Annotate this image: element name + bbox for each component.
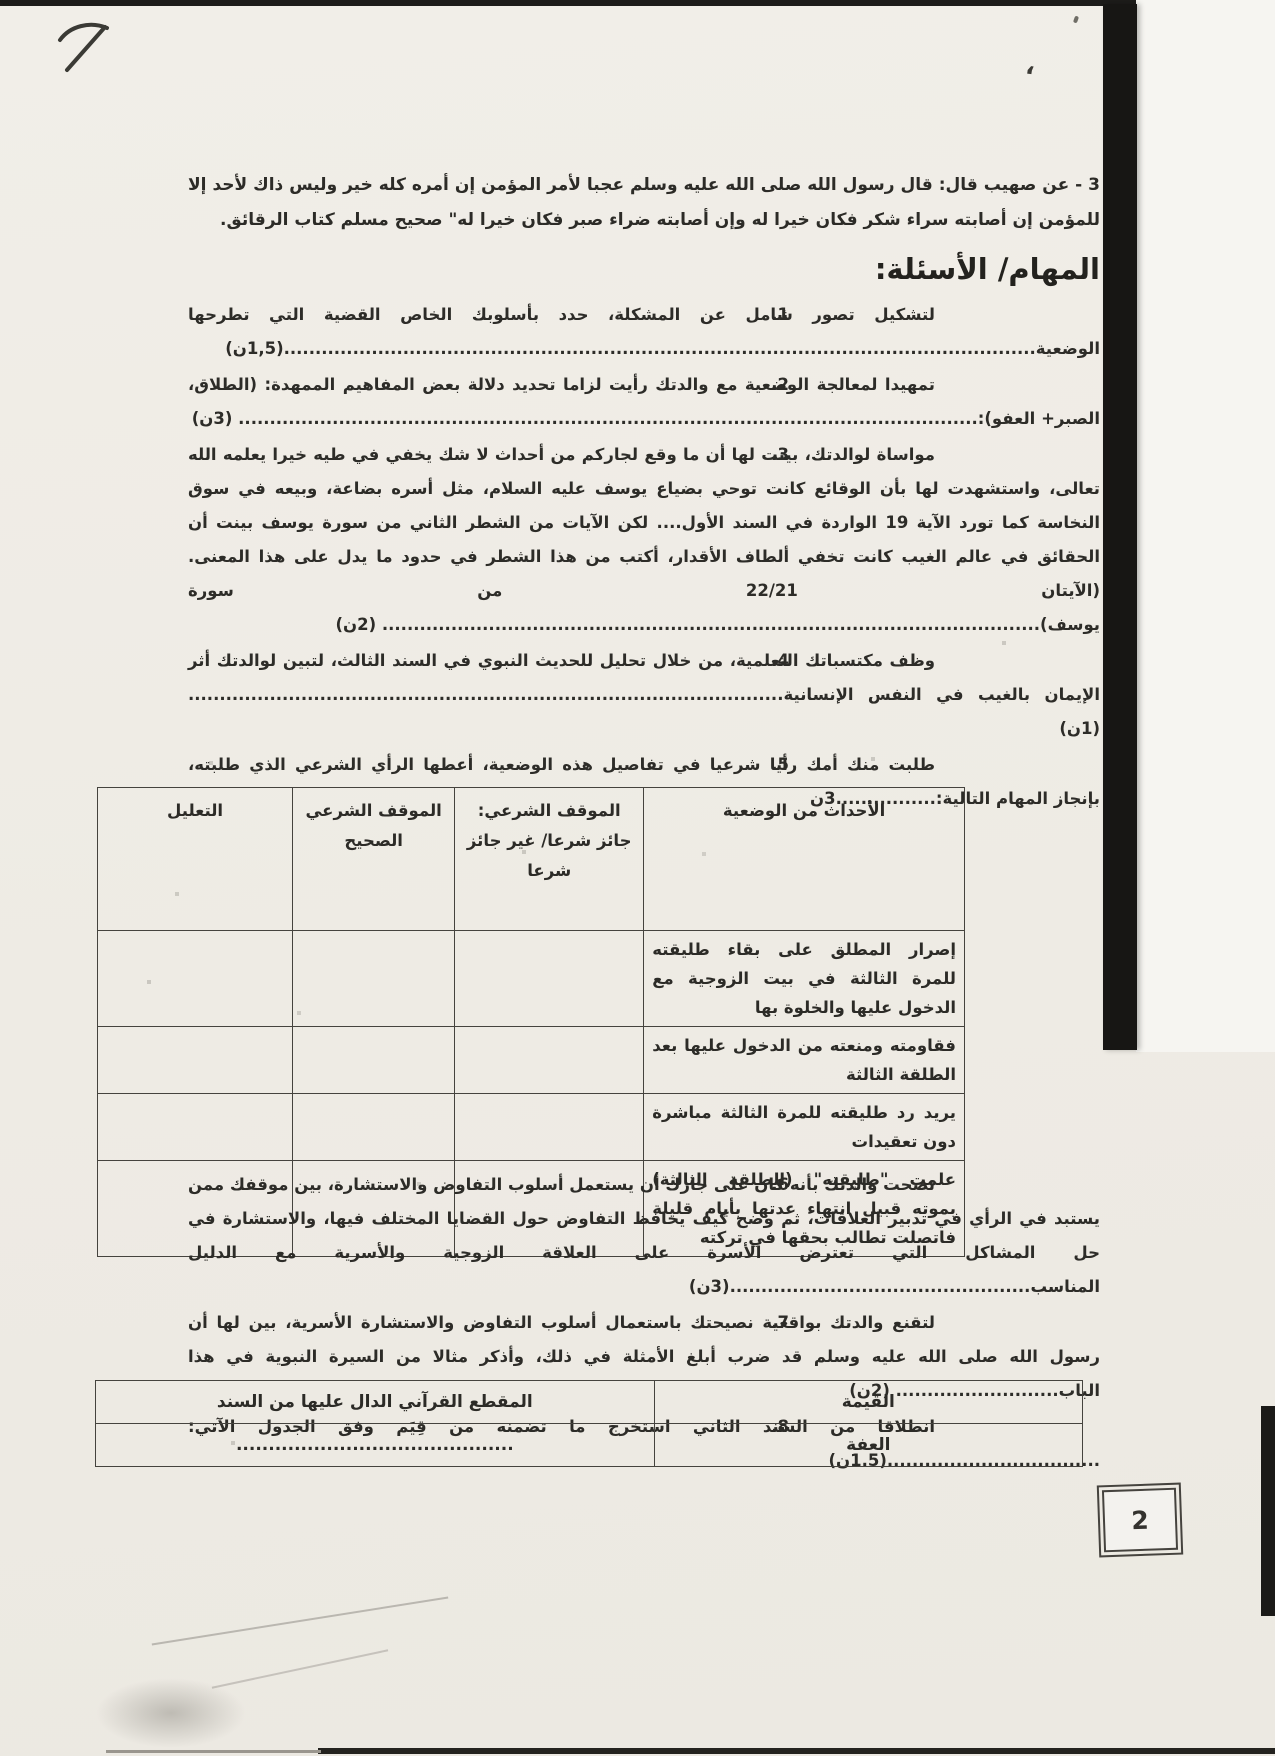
table-row: يريد رد طليقته للمرة الثالثة مباشرة دون …: [98, 1094, 965, 1161]
question-item: 1.لتشكيل تصور شامل عن المشكلة، حدد بأسلو…: [188, 298, 1100, 366]
hadith-text: 3 - عن صهيب قال: قال رسول الله صلى الله …: [188, 168, 1100, 238]
scanner-backing: [1136, 0, 1275, 1052]
header-ruling: الموقف الشرعي: جائز شرعا/ غير جائز شرعا: [455, 788, 644, 931]
table-header-row: القيمة المقطع القرآني الدال عليها من الس…: [96, 1381, 1083, 1424]
table-header-row: الأحداث من الوضعية الموقف الشرعي: جائز ش…: [98, 788, 965, 931]
question-item: 2.تمهيدا لمعالجة الوضعية مع والدتك رأيت …: [188, 368, 1100, 436]
dotted-leader: ........................................…: [188, 685, 783, 704]
question-score: (3ن): [192, 409, 238, 428]
header-correct-ruling: الموقف الشرعي الصحيح: [293, 788, 455, 931]
scan-speckles: [0, 0, 2, 2]
scratch-mark: [212, 1649, 388, 1688]
empty-cell: [455, 1027, 644, 1094]
question-number: 6.: [771, 1168, 954, 1202]
page-number: 2: [1131, 1505, 1149, 1535]
empty-cell: [98, 931, 293, 1027]
scanner-black-band: [1103, 4, 1137, 1050]
question-number: 7.: [771, 1306, 954, 1340]
passage-cell: ........................................…: [96, 1424, 655, 1467]
event-cell: إصرار المطلق على بقاء طليقته للمرة الثال…: [644, 931, 965, 1027]
table-row: العفة ..................................…: [96, 1424, 1083, 1467]
event-cell: يريد رد طليقته للمرة الثالثة مباشرة دون …: [644, 1094, 965, 1161]
section-title: المهام/ الأسئلة:: [188, 252, 1100, 286]
question-number: 2.: [771, 368, 954, 402]
empty-cell: [98, 1027, 293, 1094]
scanned-exam-page: ، 3 - عن صهيب قال: قال رسول الله صلى الل…: [0, 0, 1275, 1756]
page-number-badge: 2: [1102, 1488, 1178, 1553]
empty-cell: [98, 1094, 293, 1161]
handwritten-pen-mark-icon: [52, 14, 122, 80]
question-number: 4.: [771, 644, 954, 678]
question-number: 3.: [771, 438, 954, 472]
dotted-leader: ........................................…: [730, 1277, 1031, 1296]
scan-bottom-edge: [318, 1748, 1275, 1754]
question-number: 1.: [771, 298, 954, 332]
questions-list: 1.لتشكيل تصور شامل عن المشكلة، حدد بأسلو…: [188, 298, 1100, 816]
empty-cell: [455, 931, 644, 1027]
question-text: مواساة لوالدتك، بينت لها أن ما وقع لجارك…: [188, 445, 1100, 634]
header-events: الأحداث من الوضعية: [644, 788, 965, 931]
corner-smudge: [96, 1678, 246, 1748]
question-number: 5.: [771, 748, 954, 782]
main-content-column: 3 - عن صهيب قال: قال رسول الله صلى الله …: [188, 168, 1100, 818]
scratch-mark: [152, 1597, 449, 1646]
dotted-leader: ........................................…: [238, 409, 978, 428]
empty-cell: [293, 1027, 455, 1094]
question-item: 3.مواساة لوالدتك، بينت لها أن ما وقع لجا…: [188, 438, 1100, 642]
values-table: القيمة المقطع القرآني الدال عليها من الس…: [95, 1380, 1083, 1467]
ink-smudge: ،: [1024, 52, 1037, 81]
header-value: القيمة: [654, 1381, 1082, 1424]
table-row: إصرار المطلق على بقاء طليقته للمرة الثال…: [98, 931, 965, 1027]
header-justification: التعليل: [98, 788, 293, 931]
event-cell: فقاومته ومنعته من الدخول عليها بعد الطلق…: [644, 1027, 965, 1094]
question-item: 4.وظف مكتسباتك التعلمية، من خلال تحليل ل…: [188, 644, 1100, 746]
dotted-leader: ........................................…: [382, 615, 1040, 634]
value-cell: العفة: [654, 1424, 1082, 1467]
scan-right-edge: [1261, 1406, 1275, 1616]
empty-cell: [455, 1094, 644, 1161]
empty-cell: [293, 931, 455, 1027]
dotted-leader: ........................................…: [284, 339, 1036, 358]
question-score: (3ن): [689, 1277, 730, 1296]
header-quran-passage: المقطع القرآني الدال عليها من السند: [96, 1381, 655, 1424]
scan-top-edge: [0, 0, 1136, 6]
table-row: فقاومته ومنعته من الدخول عليها بعد الطلق…: [98, 1027, 965, 1094]
scan-bottom-edge-light: [106, 1750, 321, 1753]
question-item: 6.نصحت والدتك بأنه كان على جارك أن يستعم…: [188, 1168, 1100, 1304]
ink-dot: [1073, 16, 1079, 24]
empty-cell: [293, 1094, 455, 1161]
question-score: (2ن): [335, 615, 381, 634]
question-score: (1,5ن): [225, 339, 283, 358]
question-score: (1ن): [1059, 719, 1100, 738]
